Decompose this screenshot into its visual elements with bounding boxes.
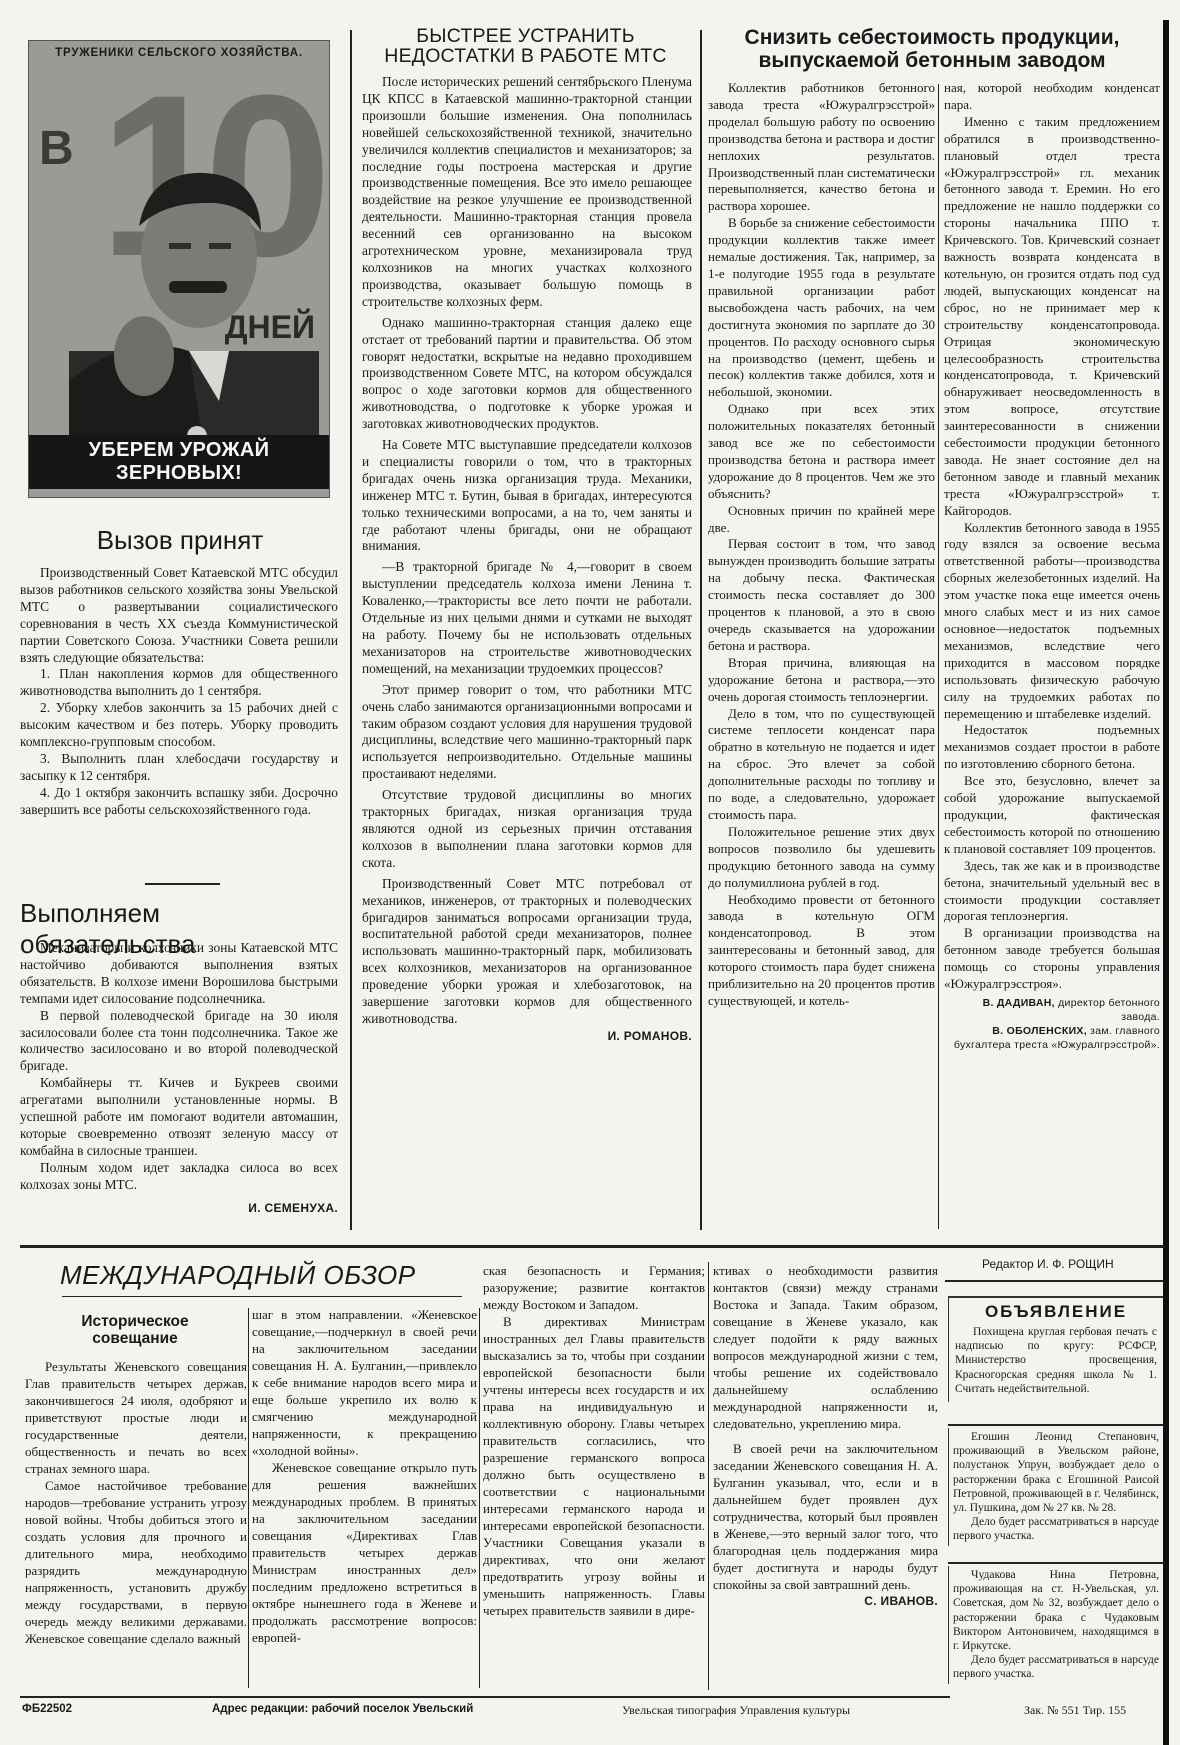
subtitle-line1: Историческое <box>25 1313 245 1330</box>
concrete-headline: Снизить себестоимость продукции, выпуска… <box>712 26 1152 72</box>
concrete-paragraph: Коллектив бетонного завода в 1955 году в… <box>944 520 1160 723</box>
footer-printer: Увельская типография Управления культуры <box>622 1703 850 1718</box>
column-rule <box>350 30 352 1230</box>
notice-paragraph: Чудакова Нина Петровна, проживающая на с… <box>953 1568 1159 1653</box>
international-paragraph: шаг в этом направлении. «Женевское совещ… <box>252 1306 477 1459</box>
concrete-signature-2: В. ОБОЛЕНСКИХ, зам. главного бухгалтера … <box>944 1024 1160 1052</box>
section-separator <box>20 1245 1165 1248</box>
obligation-item: 3. Выполнить план хлебосдачи государству… <box>20 751 338 785</box>
international-paragraph: Женевское совещание открыло путь для реш… <box>252 1459 477 1646</box>
footer-code: ФБ22502 <box>22 1703 72 1715</box>
mts-paragraph: —В тракторной бригаде № 4,—говорит в сво… <box>362 559 692 677</box>
editor-credit: Редактор И. Ф. РОЩИН <box>982 1257 1162 1271</box>
international-col4: ктивах о необходимости развития контакто… <box>713 1262 938 1610</box>
poster-bottom-caption: УБЕРЕМ УРОЖАЙ ЗЕРНОВЫХ! <box>29 435 329 489</box>
harvest-poster-image: ТРУЖЕНИКИ СЕЛЬСКОГО ХОЗЯЙСТВА. 1 0 В ДНЕ… <box>28 40 330 498</box>
mts-paragraph: На Совете МТС выступавшие председатели к… <box>362 437 692 555</box>
international-paragraph: В своей речи на заключительном заседании… <box>713 1440 938 1593</box>
mts-paragraph: Однако машинно-тракторная станция далеко… <box>362 315 692 433</box>
international-review-title: МЕЖДУНАРОДНЫЙ ОБЗОР <box>60 1260 460 1291</box>
mts-paragraph: Отсутствие трудовой дисциплины во многих… <box>362 787 692 872</box>
stolen-seal-notice: Похищена круглая гербовая печать с надпи… <box>955 1325 1157 1396</box>
concrete-paragraph: Вторая причина, влияющая на удорожание б… <box>708 655 935 706</box>
concrete-paragraph: Необходимо провести от бетонного завода … <box>708 892 935 1010</box>
notice-paragraph: Дело будет рассматриваться в нарсуде пер… <box>953 1653 1159 1681</box>
concrete-paragraph: В организации производства на бетонном з… <box>944 925 1160 993</box>
mts-headline-line1: БЫСТРЕЕ УСТРАНИТЬ <box>358 26 693 46</box>
concrete-paragraph: Первая состоит в том, что завод вынужден… <box>708 536 935 654</box>
announcement-divider <box>948 1424 1163 1426</box>
challenge-article-body: Производственный Совет Катаевской МТС об… <box>20 565 338 819</box>
obligation-item: 1. План накопления кормов для общественн… <box>20 666 338 700</box>
obligations-paragraph: В первой полеводческой бригаде на 30 июл… <box>20 1008 338 1076</box>
challenge-paragraph: Производственный Совет Катаевской МТС об… <box>20 565 338 666</box>
obligation-item: 2. Уборку хлебов закончить за 15 рабочих… <box>20 700 338 751</box>
editor-rule <box>945 1280 1163 1282</box>
footer-address: Адрес редакции: рабочий поселок Увельски… <box>212 1703 473 1715</box>
column-rule <box>479 1308 480 1688</box>
concrete-paragraph: Коллектив работников бетонного завода тр… <box>708 80 935 215</box>
divorce-notice-chudakova: Чудакова Нина Петровна, проживающая на с… <box>948 1566 1163 1684</box>
obligations-paragraph: Механизаторы и колхозники зоны Катаевско… <box>20 940 338 1008</box>
international-paragraph: Самое настойчивое требование народов—тре… <box>25 1477 247 1647</box>
international-paragraph: В директивах Министрам иностранных дел Г… <box>483 1313 705 1619</box>
obligations-signature: И. СЕМЕНУХА. <box>20 1200 338 1217</box>
column-rule <box>700 30 702 1230</box>
obligations-paragraph: Полным ходом идет закладка силоса во все… <box>20 1160 338 1194</box>
mts-headline: БЫСТРЕЕ УСТРАНИТЬ НЕДОСТАТКИ В РАБОТЕ МТ… <box>358 26 693 66</box>
page-edge-rule <box>1163 20 1169 1745</box>
concrete-paragraph: Именно с таким предложением обратился в … <box>944 114 1160 520</box>
concrete-paragraph: Все это, безусловно, влечет за собой удо… <box>944 773 1160 858</box>
signature-name: В. ОБОЛЕНСКИХ, <box>992 1025 1087 1037</box>
signature-role: директор бетонного завода. <box>1058 997 1160 1023</box>
obligation-item: 4. До 1 октября закончить вспашку зяби. … <box>20 785 338 819</box>
international-col2: шаг в этом направлении. «Женевское совещ… <box>252 1306 477 1646</box>
obligations-article-body: Механизаторы и колхозники зоны Катаевско… <box>20 940 338 1217</box>
concrete-paragraph: Дело в том, что по существующей системе … <box>708 706 935 824</box>
poster-days-word: ДНЕЙ <box>225 309 315 346</box>
concrete-paragraph: Здесь, так же как и в производстве бетон… <box>944 858 1160 926</box>
concrete-paragraph: Однако при всех этих положительных показ… <box>708 401 935 502</box>
concrete-paragraph: Недостаток подъемных механизмов создает … <box>944 722 1160 773</box>
divorce-notice-egoshin: Егошин Леонид Степанович, проживающий в … <box>948 1428 1163 1546</box>
subtitle-line2: совещание <box>25 1330 245 1347</box>
international-col3: ская безопасность и Германия; разоружени… <box>483 1262 705 1619</box>
international-paragraph: Результаты Женевского совещания Глав пра… <box>25 1358 247 1477</box>
announcement-divider <box>948 1562 1163 1564</box>
concrete-paragraph: ная, которой необходим конденсат пара. <box>944 80 1160 114</box>
footer-rule <box>20 1696 950 1698</box>
column-rule <box>248 1308 249 1688</box>
signature-name: В. ДАДИВАН, <box>983 997 1055 1009</box>
international-subtitle: Историческое совещание <box>25 1313 245 1347</box>
notice-paragraph: Егошин Леонид Степанович, проживающий в … <box>953 1430 1159 1515</box>
concrete-article-col1: Коллектив работников бетонного завода тр… <box>708 80 935 1010</box>
concrete-headline-line2: выпускаемой бетонным заводом <box>712 49 1152 72</box>
column-rule <box>708 1262 709 1690</box>
mts-signature: И. РОМАНОВ. <box>362 1028 692 1045</box>
international-paragraph: ская безопасность и Германия; разоружени… <box>483 1262 705 1313</box>
international-signature: С. ИВАНОВ. <box>713 1593 938 1610</box>
announcement-title: ОБЪЯВЛЕНИЕ <box>955 1302 1157 1322</box>
international-paragraph: ктивах о необходимости развития контакто… <box>713 1262 938 1432</box>
concrete-signature-1: В. ДАДИВАН, директор бетонного завода. <box>944 996 1160 1024</box>
notice-paragraph: Дело будет рассматриваться в нарсуде пер… <box>953 1515 1159 1543</box>
concrete-headline-line1: Снизить себестоимость продукции, <box>712 26 1152 49</box>
mts-headline-line2: НЕДОСТАТКИ В РАБОТЕ МТС <box>358 46 693 66</box>
concrete-article-col2: ная, которой необходим конденсат пара. И… <box>944 80 1160 1052</box>
title-underline <box>62 1296 462 1297</box>
mts-article-body: После исторических решений сентябрьского… <box>362 74 692 1045</box>
concrete-paragraph: Основных причин по крайней мере две. <box>708 503 935 537</box>
international-col1: Результаты Женевского совещания Глав пра… <box>25 1358 247 1647</box>
announcement-box: ОБЪЯВЛЕНИЕ Похищена круглая гербовая печ… <box>948 1296 1163 1402</box>
concrete-paragraph: В борьбе за снижение себестоимости проду… <box>708 215 935 401</box>
mts-paragraph: Этот пример говорит о том, что работники… <box>362 682 692 783</box>
challenge-headline: Вызов принят <box>20 525 340 556</box>
column-rule <box>938 84 939 1229</box>
mts-paragraph: После исторических решений сентябрьского… <box>362 74 692 311</box>
article-divider <box>145 883 220 885</box>
obligations-paragraph: Комбайнеры тт. Кичев и Букреев своими аг… <box>20 1075 338 1160</box>
mts-paragraph: Производственный Совет МТС потребовал от… <box>362 876 692 1028</box>
concrete-paragraph: Положительное решение этих двух вопросов… <box>708 824 935 892</box>
footer-order: Зак. № 551 Тир. 155 <box>1024 1703 1162 1718</box>
